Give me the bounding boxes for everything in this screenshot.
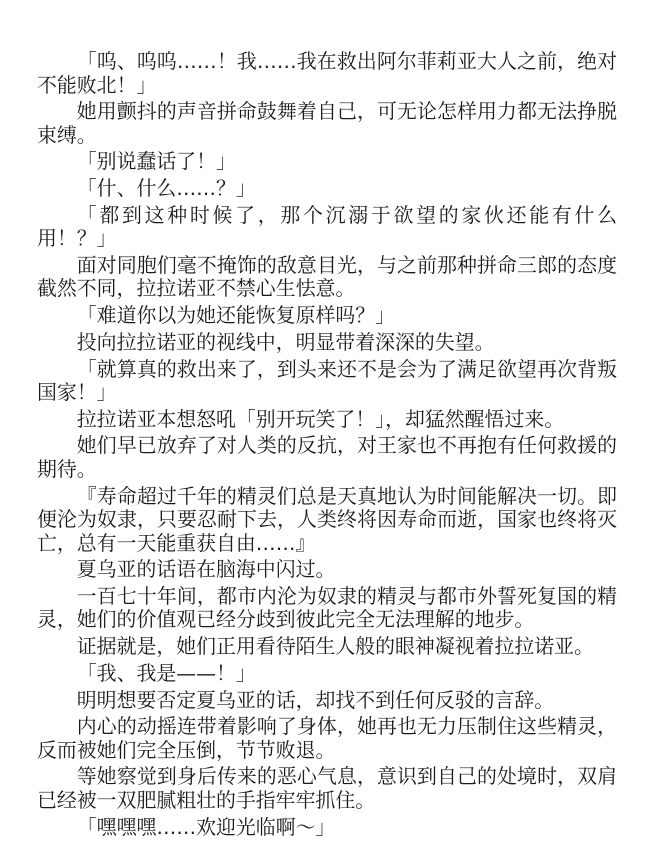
- paragraph-narration: 她用颤抖的声音拼命鼓舞着自己，可无论怎样用力都无法挣脱束缚。: [37, 100, 617, 147]
- paragraph-narration: 等她察觉到身后传来的恶心气息，意识到自己的处境时，双肩已经被一双肥腻粗壮的手指牢…: [37, 765, 617, 812]
- paragraph-dialogue: 「都到这种时候了，那个沉溺于欲望的家伙还能有什么用！？」: [37, 204, 617, 251]
- paragraph-dialogue: 「什、什么……？」: [37, 177, 617, 201]
- paragraph-narration: 她们早已放弃了对人类的反抗，对王家也不再抱有任何救援的期待。: [37, 434, 617, 481]
- paragraph-narration: 证据就是，她们正用看待陌生人般的眼神凝视着拉拉诺亚。: [37, 635, 617, 659]
- paragraph-dialogue: 「别说蠢话了！」: [37, 150, 617, 174]
- paragraph-dialogue: 「我、我是——！」: [37, 662, 617, 686]
- paragraph-dialogue: 「难道你以为她还能恢复原样吗？」: [37, 304, 617, 328]
- paragraph-dialogue: 「嘿嘿嘿……欢迎光临啊～」: [37, 816, 617, 840]
- paragraph-narration: 内心的动摇连带着影响了身体，她再也无力压制住这些精灵，反而被她们完全压倒，节节败…: [37, 715, 617, 762]
- document-page: 「呜、呜呜……！我……我在救出阿尔菲莉亚大人之前，绝对不能败北！」 她用颤抖的声…: [37, 50, 617, 842]
- paragraph-narration: 拉拉诺亚本想怒吼「别开玩笑了！」，却猛然醒悟过来。: [37, 408, 617, 432]
- paragraph-narration: 一百七十年间，都市内沦为奴隶的精灵与都市外誓死复国的精灵，她们的价值观已经分歧到…: [37, 585, 617, 632]
- paragraph-dialogue: 「呜、呜呜……！我……我在救出阿尔菲莉亚大人之前，绝对不能败北！」: [37, 50, 617, 97]
- paragraph-narration: 投向拉拉诺亚的视线中，明显带着深深的失望。: [37, 331, 617, 355]
- paragraph-narration: 面对同胞们毫不掩饰的敌意目光，与之前那种拼命三郎的态度截然不同，拉拉诺亚不禁心生…: [37, 254, 617, 301]
- paragraph-quote: 『寿命超过千年的精灵们总是天真地认为时间能解决一切。即便沦为奴隶，只要忍耐下去，…: [37, 485, 617, 556]
- paragraph-narration: 夏乌亚的话语在脑海中闪过。: [37, 558, 617, 582]
- paragraph-dialogue: 「就算真的救出来了，到头来还不是会为了满足欲望再次背叛国家！」: [37, 358, 617, 405]
- paragraph-narration: 明明想要否定夏乌亚的话，却找不到任何反驳的言辞。: [37, 689, 617, 713]
